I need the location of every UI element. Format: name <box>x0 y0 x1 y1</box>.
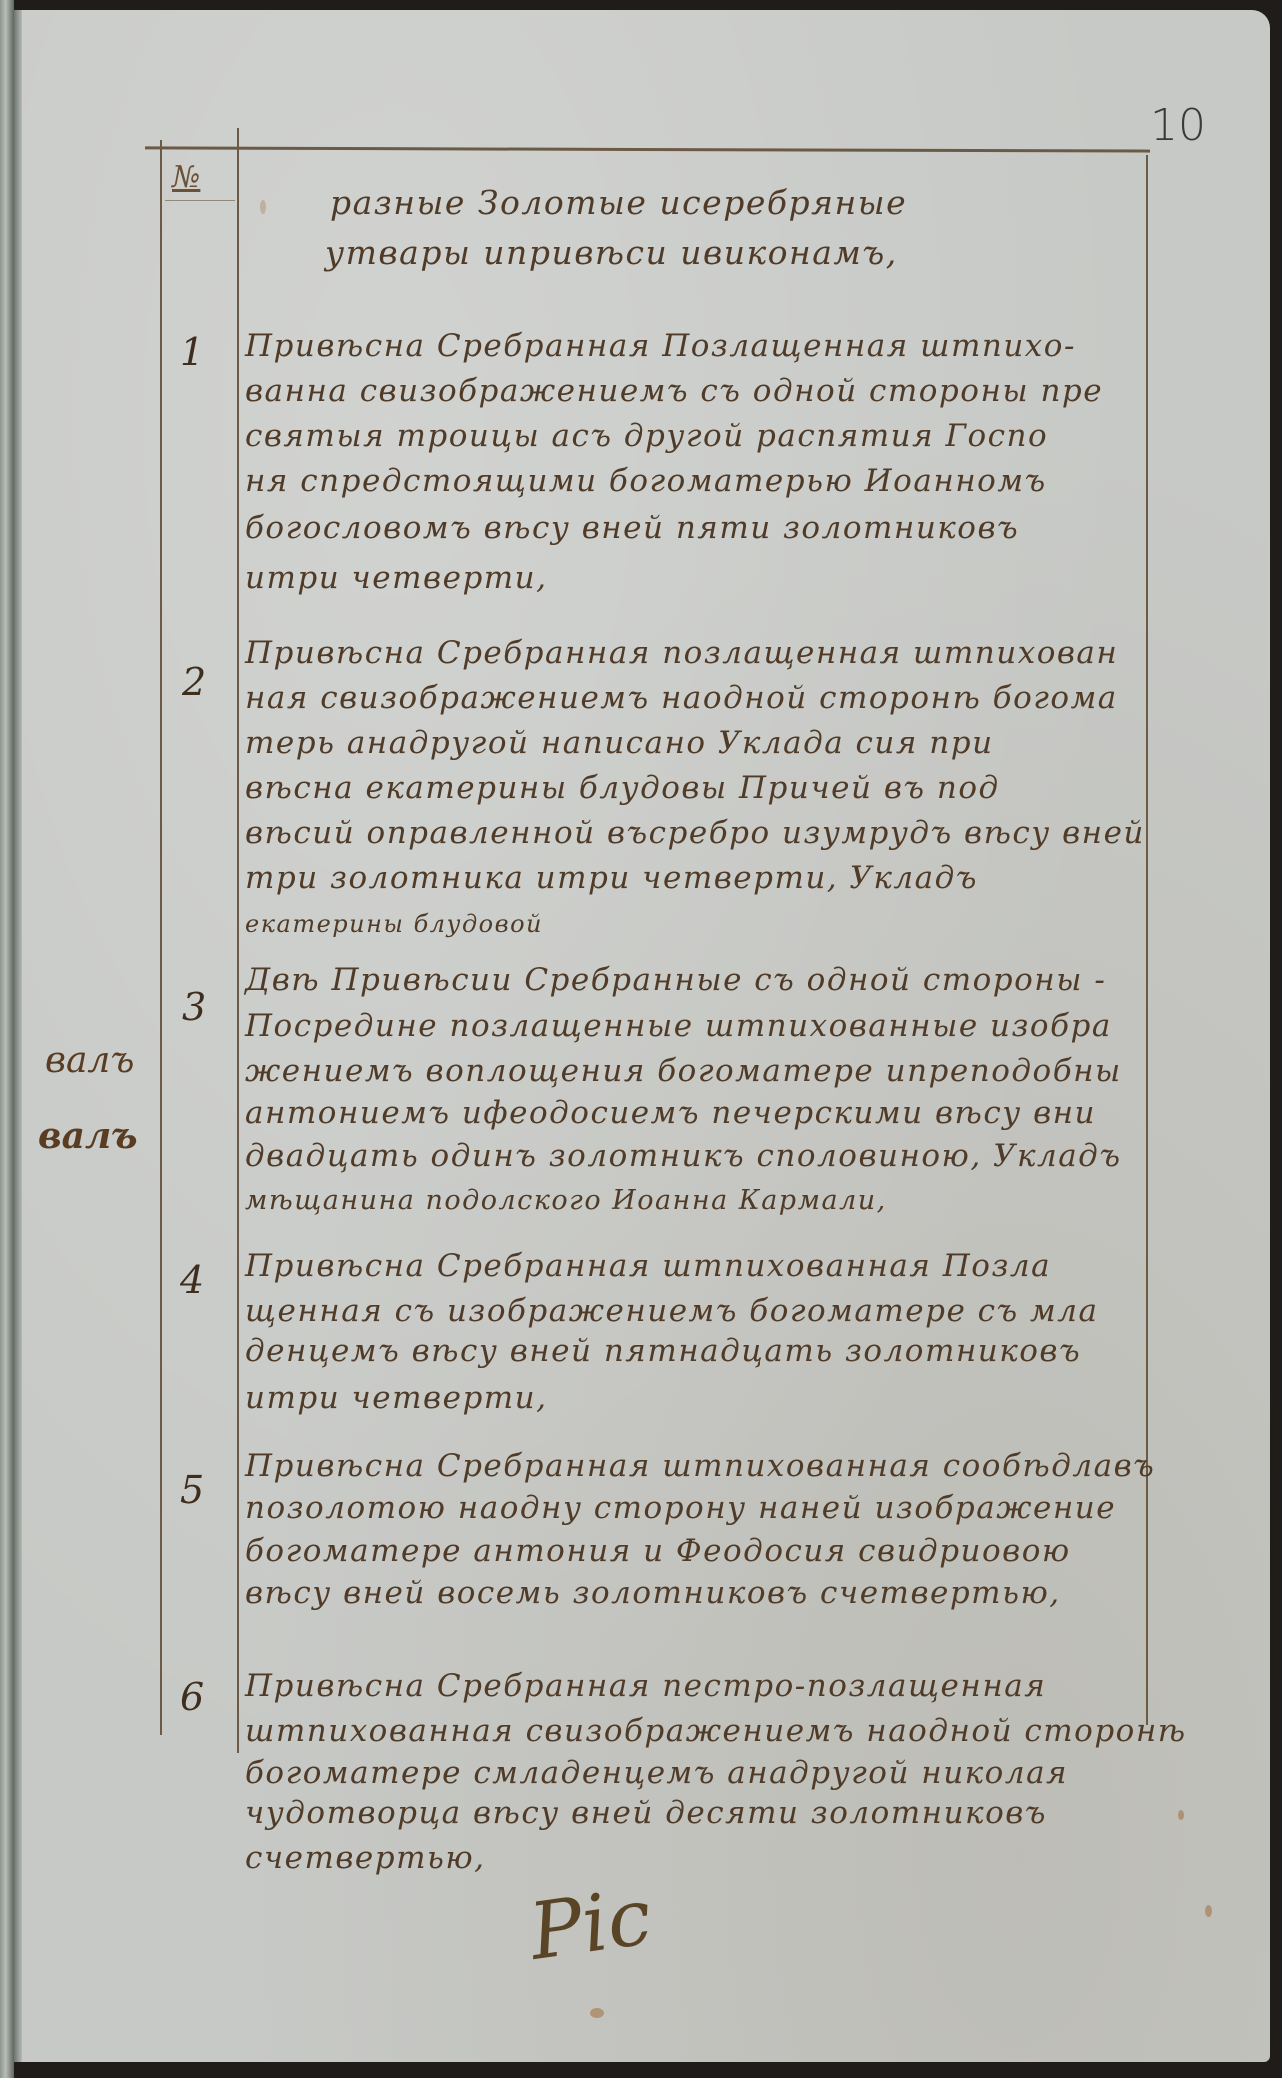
entry-number: 2 <box>182 660 206 704</box>
entry-line: вѣсу вней восемь золотниковъ счетвертью, <box>245 1575 1061 1611</box>
entry-line: Посредине позлащенные штпихованные изобр… <box>245 1008 1112 1044</box>
entry-number: 3 <box>182 985 206 1029</box>
margin-note: валъ <box>45 1040 134 1081</box>
entry-line: чудотворца вѣсу вней десяти золотниковъ <box>245 1795 1047 1831</box>
book-spine <box>0 0 14 2078</box>
paper-stain <box>1178 1810 1184 1820</box>
page-number: 10 <box>1150 100 1206 151</box>
entry-line: итри четверти, <box>245 1380 548 1416</box>
entry-line: екатерины блудовой <box>245 910 543 938</box>
entry-number: 4 <box>180 1258 204 1302</box>
entry-number: 5 <box>180 1468 204 1512</box>
entry-line: денцемъ вѣсу вней пятнадцать золотниковъ <box>245 1333 1081 1369</box>
entry-line: Привѣсна Сребранная штпихованная Позла <box>245 1248 1051 1284</box>
number-column-header: № <box>172 160 200 195</box>
page-gutter <box>14 10 22 2062</box>
margin-note: валъ <box>38 1115 138 1157</box>
entry-line: Привѣсна Сребранная позлащенная штпихова… <box>245 635 1118 671</box>
paper-stain <box>260 200 266 214</box>
entry-number: 1 <box>180 330 204 374</box>
entry-line: жениемъ воплощения богоматере ипреподобн… <box>245 1053 1122 1089</box>
signature: Ріс <box>524 1872 656 1978</box>
page-title-line-2: утвары ипривѣси ивиконамъ, <box>325 233 898 272</box>
entry-line: двадцать одинъ золотникъ сполoвиною, Укл… <box>245 1138 1121 1174</box>
entry-line: ная свизображениемъ наодной сторонѣ бого… <box>245 680 1118 716</box>
entry-line: Двѣ Привѣсии Сребранные съ одной стороны… <box>245 962 1106 998</box>
entry-line: ня спредстоящими богоматерью Иоанномъ <box>245 463 1047 499</box>
entry-line: Привѣсна Сребранная штпихованная сообѣдл… <box>245 1448 1155 1484</box>
entry-line: позолотою наодну сторону наней изображен… <box>245 1490 1116 1526</box>
entry-line: терь анадругой написано Уклада сия при <box>245 725 994 761</box>
header-underline <box>165 200 235 201</box>
paper-stain <box>1205 1905 1212 1917</box>
left-column-rule <box>160 140 162 1735</box>
entry-line: Привѣсна Сребранная Позлащенная штпихо- <box>245 328 1076 364</box>
number-column-rule <box>237 128 239 1753</box>
entry-line: богоматере антония и Феодосия свидриовою <box>245 1533 1071 1569</box>
page-title-line-1: разные Золотые исеребряные <box>330 183 907 222</box>
entry-line: ванна свизображениемъ съ одной стороны п… <box>245 373 1103 409</box>
entry-line: итри четверти, <box>245 560 548 596</box>
entry-line: богоматере смладенцемъ анадругой николая <box>245 1755 1068 1791</box>
entry-line: счетвертью, <box>245 1840 486 1876</box>
entry-line: три золотника итри четверти, Укладъ <box>245 860 978 896</box>
entry-line: Привѣсна Сребранная пестро-позлащенная <box>245 1668 1046 1704</box>
right-column-rule <box>1146 155 1148 1725</box>
entry-line: мѣщанина подолского Иоанна Кармали, <box>245 1185 887 1216</box>
entry-line: святыя троицы асъ другой распятия Госпо <box>245 418 1048 454</box>
entry-line: вѣсий оправленной въсребро изумрудъ вѣсу… <box>245 815 1145 851</box>
entry-number: 6 <box>180 1675 204 1719</box>
entry-line: антониемъ ифеодосиемъ печерскими вѣсу вн… <box>245 1095 1096 1131</box>
entry-line: штпихованная свизображениемъ наодной сто… <box>245 1713 1187 1749</box>
entry-line: вѣсна екатерины блудовы Причей въ под <box>245 770 1000 806</box>
paper-stain <box>590 2008 604 2018</box>
entry-line: богословомъ вѣсу вней пяти золотниковъ <box>245 510 1019 546</box>
entry-line: щенная съ изображениемъ богоматере съ мл… <box>245 1293 1098 1329</box>
